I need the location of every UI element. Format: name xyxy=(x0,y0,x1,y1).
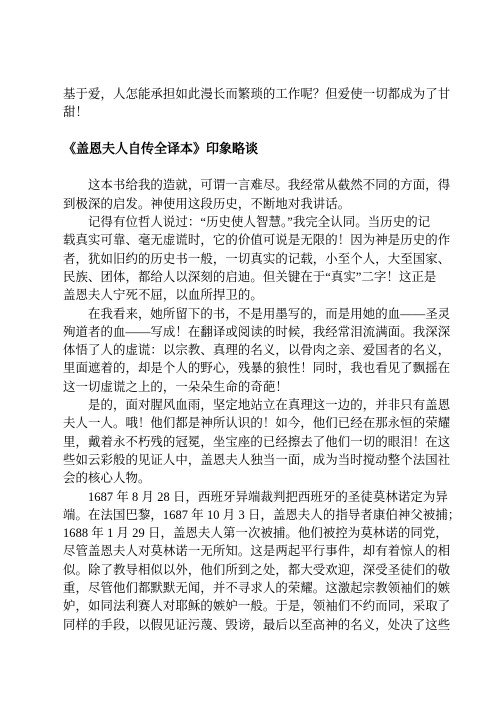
text-line: 民族、团体，都给人以深刻的启迪。但关键在于“真实”二字！这正是 xyxy=(63,268,443,286)
text-line: 到极深的启发。神使用这段历史，不断地对我讲话。 xyxy=(63,195,443,213)
document-page: 基于爱，人怎能承担如此漫长而繁琐的工作呢？但爱使一切都成为了甘 甜！ 《盖恩夫人… xyxy=(0,0,501,711)
text-line: 者，犹如旧约的历史书一般，一切真实的记载，小至个人，大至国家、 xyxy=(63,250,443,268)
text-line: 会的核心人物。 xyxy=(63,469,443,487)
text-block: 基于爱，人怎能承担如此漫长而繁琐的工作呢？但爱使一切都成为了甘 甜！ 《盖恩夫人… xyxy=(63,85,443,634)
text-line: 1687 年 8 月 28 日，西班牙异端裁判把西班牙的圣徒莫林诺定为异 xyxy=(63,488,443,506)
section-title: 《盖恩夫人自传全译本》印象略谈 xyxy=(63,140,443,158)
text-line: 端。在法国巴黎，1687 年 10 月 3 日，盖恩夫人的指导者康伯神父被捕； xyxy=(63,506,443,524)
text-line: 尽管盖恩夫人对莫林诺一无所知。这是两起平行事件，却有着惊人的相 xyxy=(63,542,443,560)
text-line: 载真实可靠、毫无虚谎时，它的价值可说是无限的！因为神是历史的作 xyxy=(63,231,443,249)
text-line: 1688 年 1 月 29 日，盖恩夫人第一次被捕。他们被控为莫林诺的同党， xyxy=(63,524,443,542)
text-line: 重，尽管他们都默默无闻，并不寻求人的荣耀。这激起宗教领袖们的嫉 xyxy=(63,579,443,597)
text-line: 记得有位哲人说过：“历史使人智慧。”我完全认同。当历史的记 xyxy=(63,213,443,231)
text-line: 盖恩夫人宁死不屈，以血所捍卫的。 xyxy=(63,286,443,304)
text-line: 在我看来，她所留下的书，不是用墨写的，而是用她的血——圣灵 xyxy=(63,305,443,323)
text-line: 体悟了人的虚谎：以宗教、真理的名义，以骨肉之亲、爱国者的名义， xyxy=(63,341,443,359)
body-paragraphs: 这本书给我的造就，可谓一言难尽。我经常从截然不同的方面，得 到极深的启发。神使用… xyxy=(63,176,443,633)
text-line: 是的，面对腥风血雨，坚定地站立在真理这一边的，并非只有盖恩 xyxy=(63,396,443,414)
text-line: 夫人一人。哦！他们都是神所认识的！如今，他们已经在那永恒的荣耀 xyxy=(63,414,443,432)
intro-paragraph: 基于爱，人怎能承担如此漫长而繁琐的工作呢？但爱使一切都成为了甘 甜！ xyxy=(63,85,443,122)
text-line: 妒，如同法利赛人对耶稣的嫉妒一般。于是，领袖们不约而同，采取了 xyxy=(63,597,443,615)
text-line: 里，戴着永不朽残的冠冕，坐宝座的已经擦去了他们一切的眼泪！在这 xyxy=(63,433,443,451)
text-line: 基于爱，人怎能承担如此漫长而繁琐的工作呢？但爱使一切都成为了甘 xyxy=(63,85,443,103)
text-line: 殉道者的血——写成！在翻译或阅读的时候，我经常泪流满面。我深深 xyxy=(63,323,443,341)
text-line: 这本书给我的造就，可谓一言难尽。我经常从截然不同的方面，得 xyxy=(63,176,443,194)
text-line: 些如云彩般的见证人中，盖恩夫人独当一面，成为当时搅动整个法国社 xyxy=(63,451,443,469)
text-line: 这一切虚谎之上的，一朵朵生命的奇葩！ xyxy=(63,378,443,396)
text-line: 甜！ xyxy=(63,103,443,121)
text-line: 同样的手段，以假见证污蔑、毁谤，最后以至高神的名义，处决了这些 xyxy=(63,616,443,634)
text-line: 似。除了教导相似以外，他们所到之处，都大受欢迎，深受圣徒们的敬 xyxy=(63,561,443,579)
text-line: 里面遮着的，却是个人的野心，残暴的狼性！同时，我也看见了飘摇在 xyxy=(63,359,443,377)
